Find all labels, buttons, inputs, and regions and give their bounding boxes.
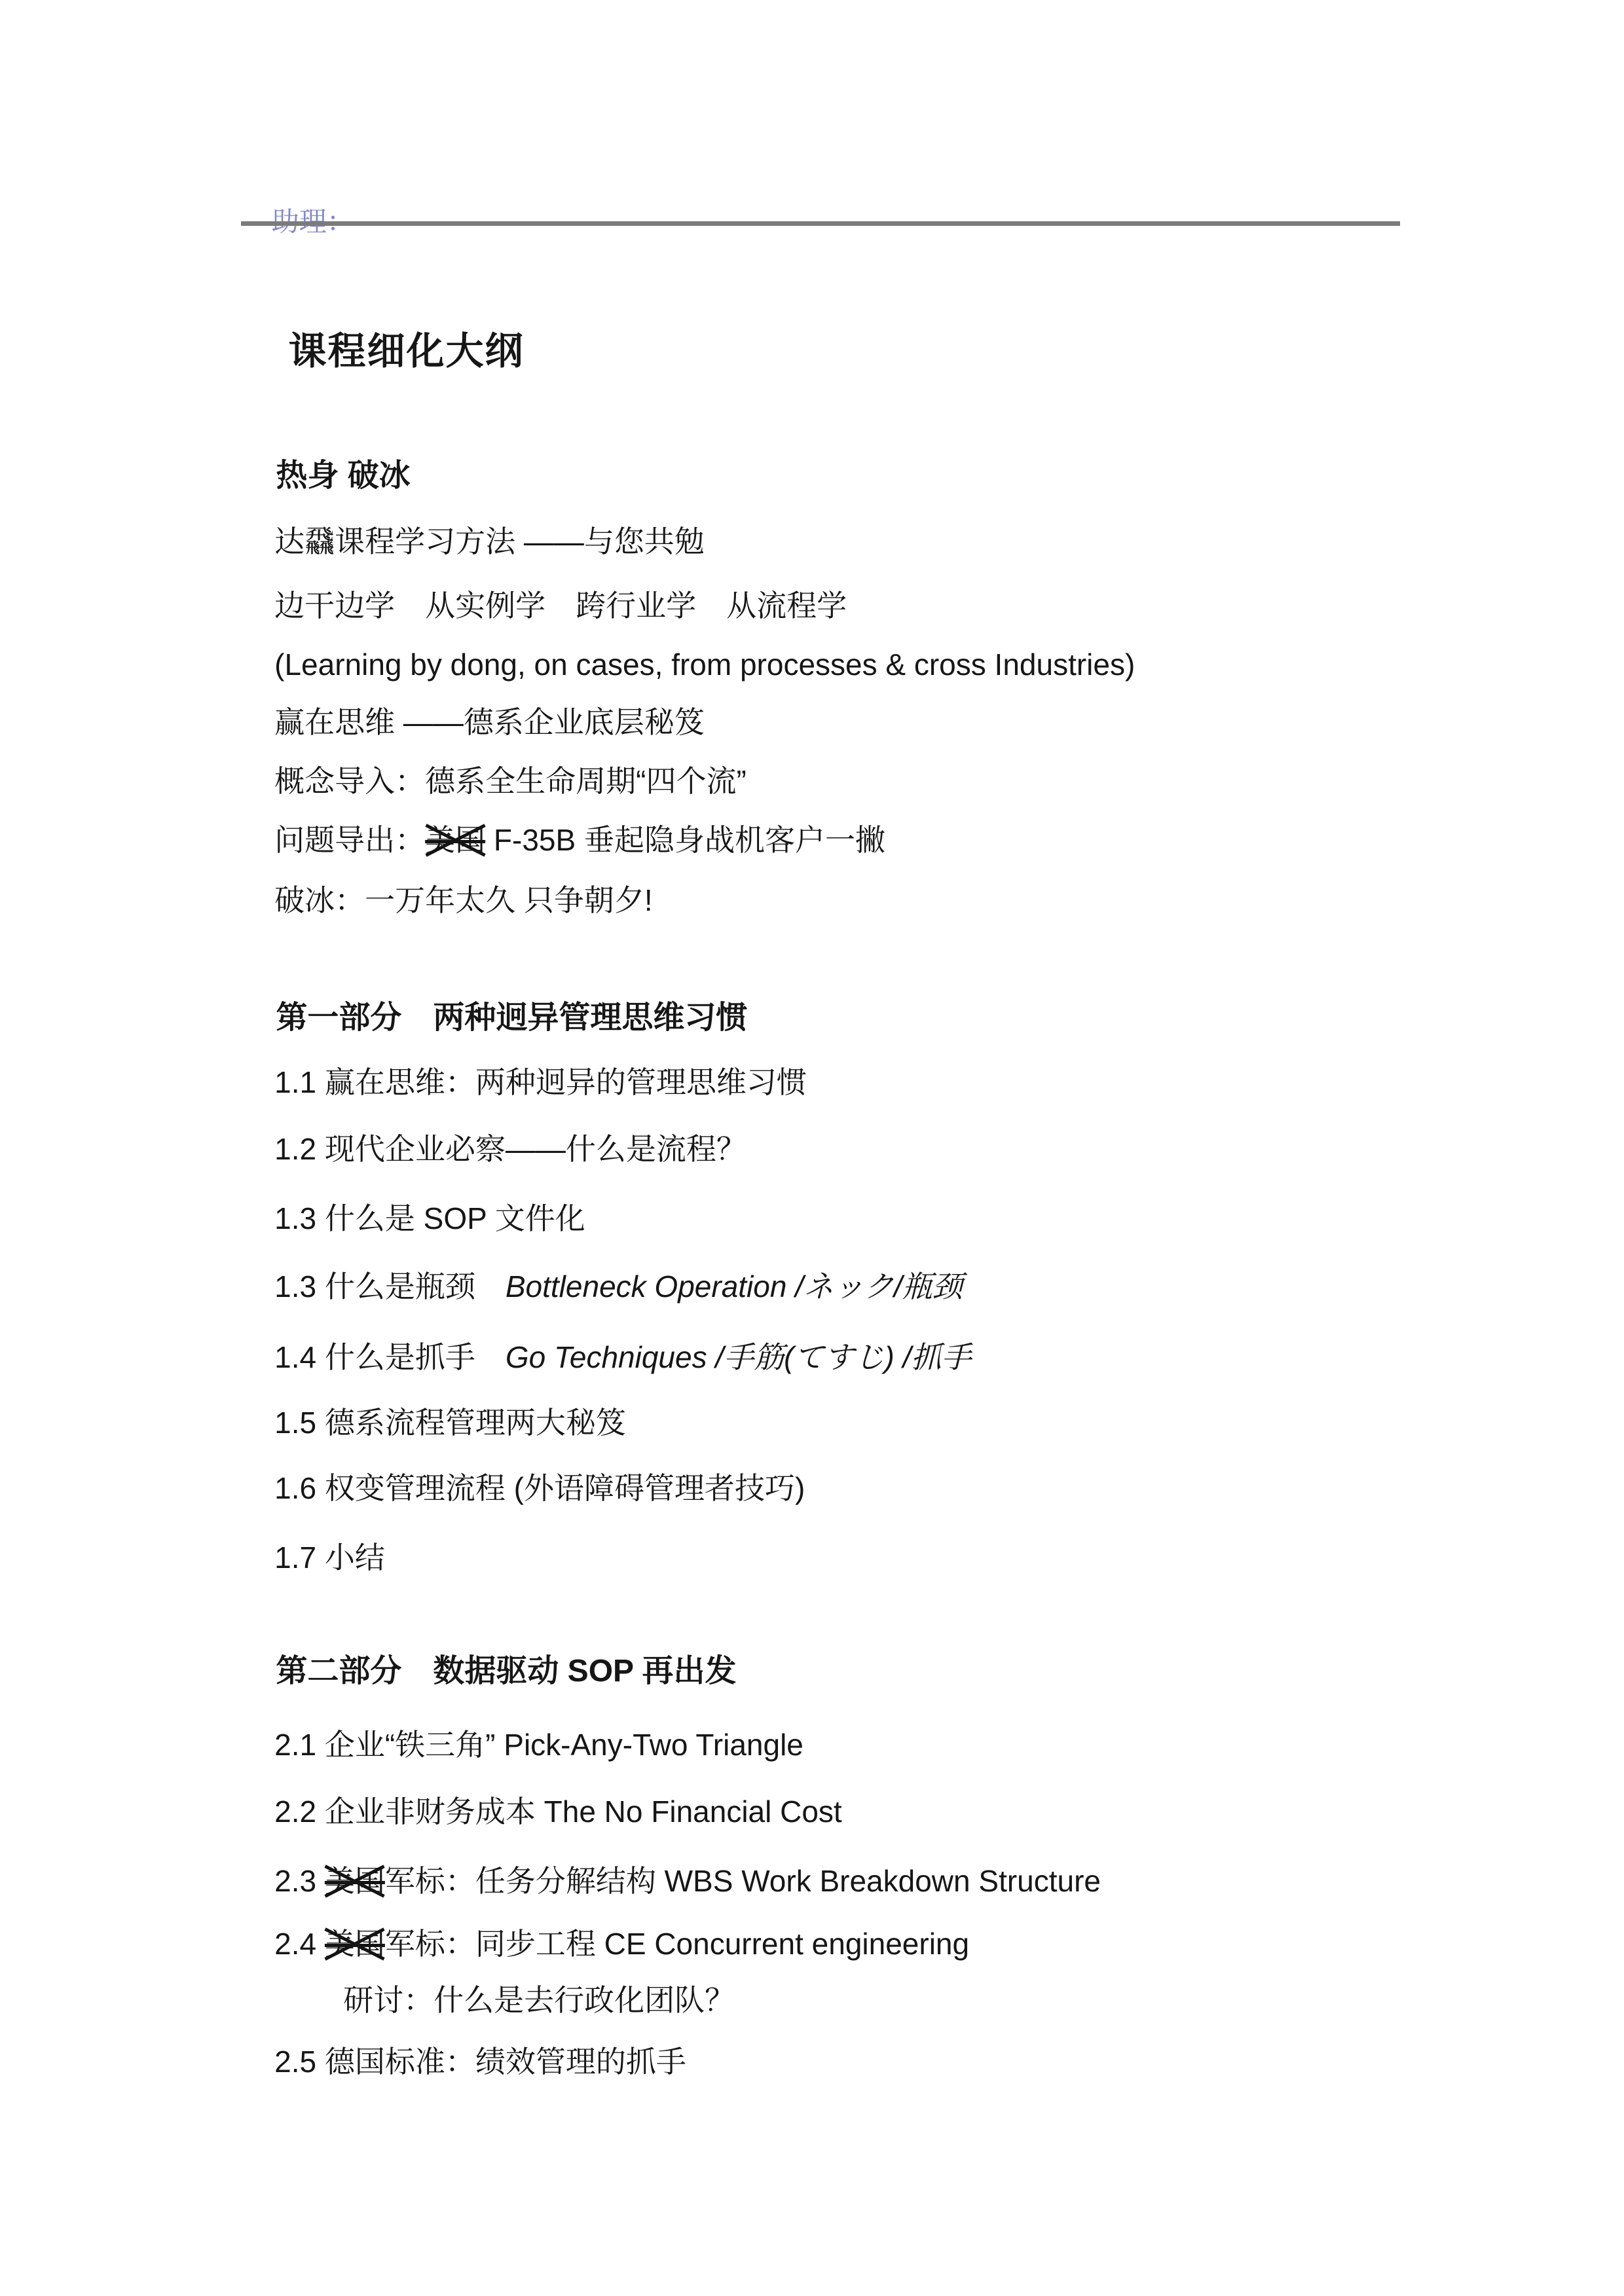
header-divider-rule <box>241 221 1400 226</box>
document-page: 助理： 课程细化大纲 热身 破冰 达飝课程学习方法 ——与您共勉 边干边学 从实… <box>0 0 1624 2296</box>
part2-item-2-5: 2.5 德国标准：绩效管理的抓手 <box>241 2005 686 2119</box>
warmup-line-icebreak: 破冰：一万年太久 只争朝夕! <box>241 843 653 957</box>
page-title: 课程细化大纲 <box>241 295 524 409</box>
italic-annotation: Bottleneck Operation /ネック/瓶颈 <box>506 1269 963 1303</box>
part1-item-1-7: 1.7 小结 <box>241 1501 385 1614</box>
page-title-text: 课程细化大纲 <box>288 330 524 373</box>
